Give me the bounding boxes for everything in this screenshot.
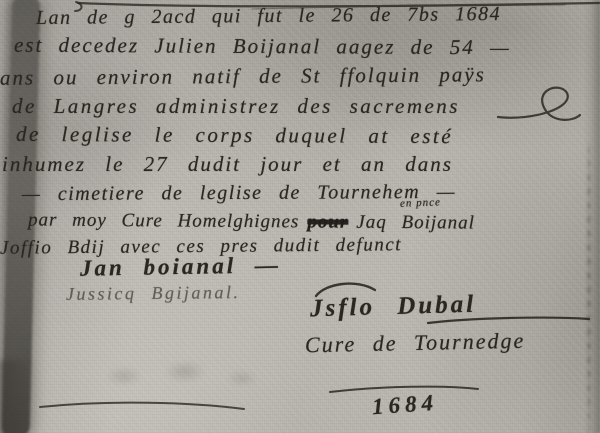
bottom-left-rule — [40, 403, 244, 409]
signature-jussicq-bgijanal: Jussicq Bgijanal. — [66, 282, 241, 305]
manuscript-line-1: Lan de g 2acd qui fut le 26 de 7bs 1684 — [36, 3, 501, 30]
interline-note: en pnce — [400, 196, 441, 209]
signature-jan-boianal: Jan boianal — — [80, 252, 281, 282]
ink-bleed-ghost — [86, 352, 276, 396]
manuscript-line-6: inhumez le 27 dudit jour et an dans — [2, 152, 453, 177]
flourish-loop — [498, 88, 580, 120]
manuscript-line-2: est decedez Julien Boijanal aagez de 54 … — [14, 33, 511, 61]
gutter-foot-shadow — [0, 360, 46, 433]
manuscript-line-7: — cimetiere de leglise de Tournehem — — [22, 181, 456, 206]
signature-priest-name: Jsflo Dubal — [310, 291, 477, 324]
line-8-text-end: Jaq Boijanal — [356, 212, 475, 234]
manuscript-line-5: de leglise le corps duquel at esté — [16, 122, 453, 149]
manuscript-page: Lan de g 2acd qui fut le 26 de 7bs 1684 … — [0, 0, 600, 433]
manuscript-line-4: de Langres administrez des sacremens — [12, 94, 460, 119]
manuscript-line-3: ans ou environ natif de St ffolquin paÿs — [0, 62, 486, 90]
manuscript-line-8: par moy Cure HomelghignespourJaq Boijana… — [28, 209, 475, 234]
struck-out-word: pour — [307, 211, 348, 232]
line-8-text: par moy Cure Homelghignes — [28, 209, 299, 232]
right-fold-line — [587, 140, 591, 433]
signature-priest-title: Cure de Tournedge — [305, 328, 526, 359]
year-label: 1684 — [371, 390, 439, 421]
